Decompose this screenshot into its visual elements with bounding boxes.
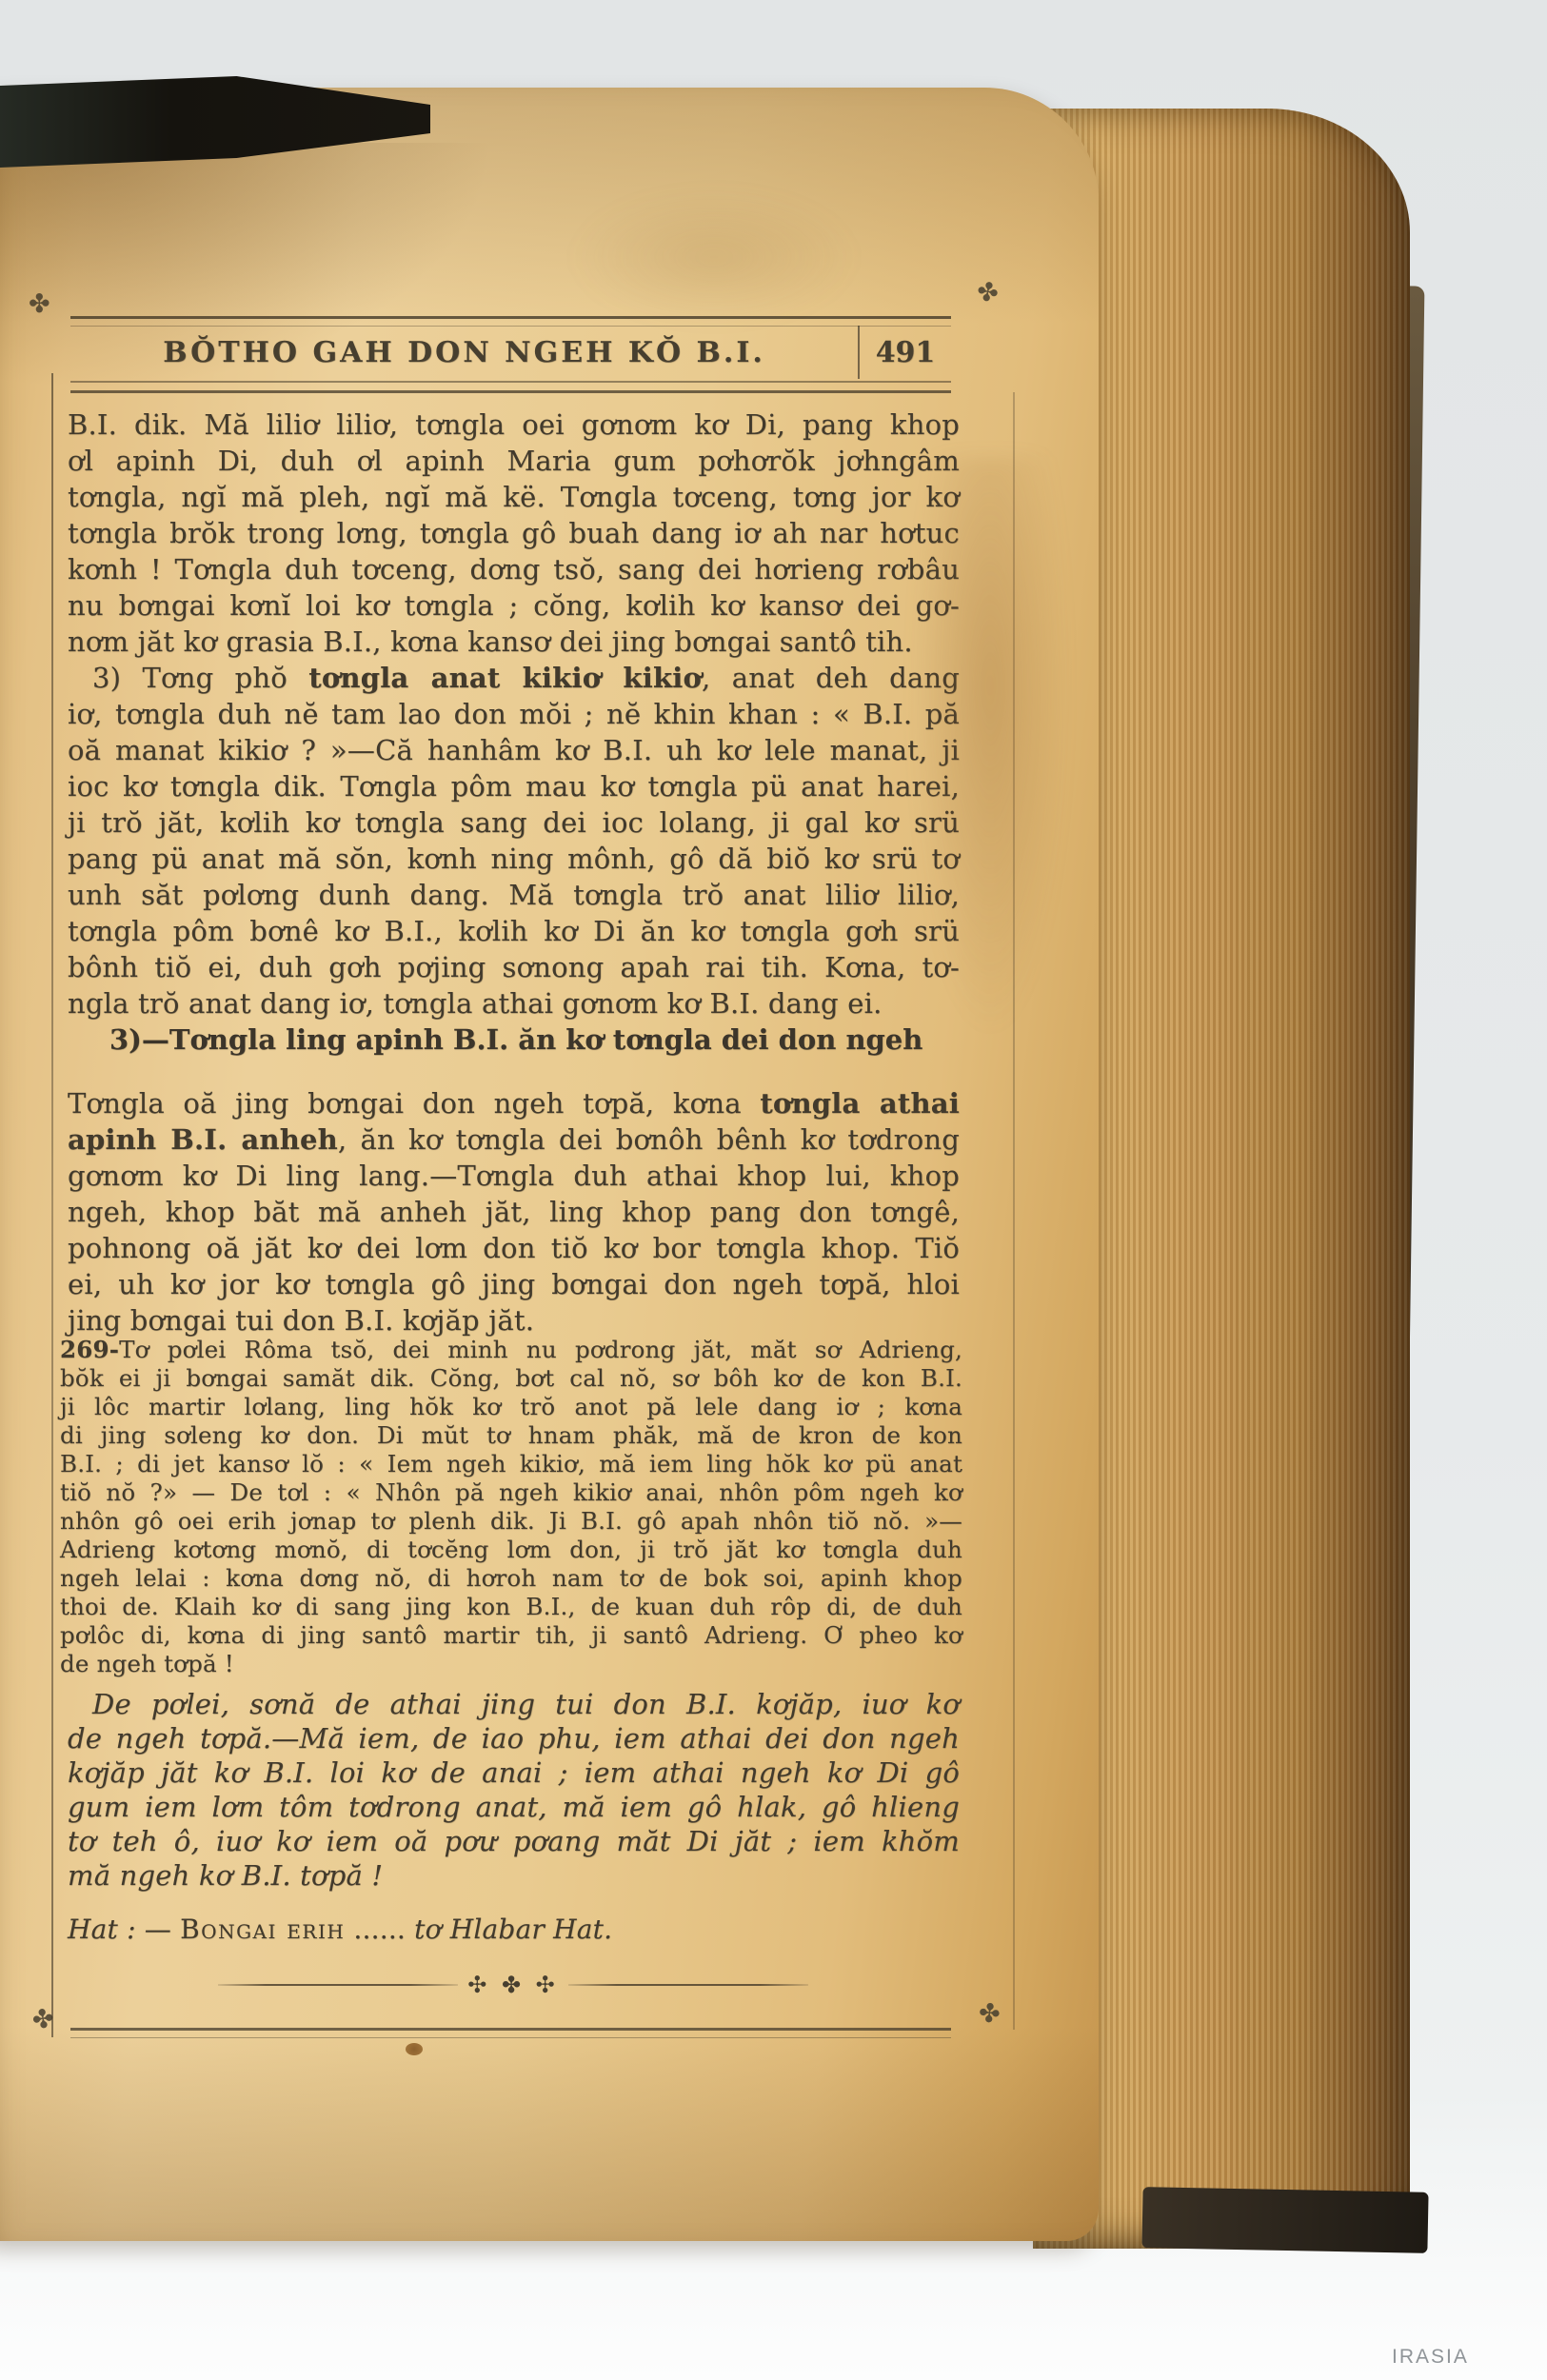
bold-text: 269- [60,1336,119,1363]
paragraph-1: B.I. dik. Mă liliơ liliơ, tơngla oei gơn… [68,407,960,660]
text-line: kơnh ! Tơngla duh tơceng, dơng tsŏ, sang… [68,551,960,587]
text-line: 269-Tơ pơlei Rôma tsŏ, dei minh nu pơdro… [60,1336,962,1364]
text-line: 3) Tơng phŏ tơngla anat kikiơ kikiơ, ana… [68,660,960,696]
bold-text: tơngla athai [760,1087,960,1120]
text-line: tơngla pôm bơnê kơ B.I., kơlih kơ Di ăn … [68,913,960,949]
text: jing bơngai tui don B.I. kơjăp jăt. [68,1304,534,1337]
text: pang pü anat mă sŏn, kơnh ning mônh, gô … [68,843,960,875]
footnote-paragraph: 269-Tơ pơlei Rôma tsŏ, dei minh nu pơdro… [60,1336,962,1678]
text: B.I. ; di jet kansơ lŏ : « Iem ngeh kiki… [60,1450,962,1478]
bold-text: apinh B.I. anheh [68,1123,338,1156]
text-line: nơm jăt kơ grasia B.I., kơna kansơ dei j… [68,624,960,660]
text: de ngeh tơpă ! [60,1650,234,1677]
text-line: gơnơm kơ Di ling lang.—Tơngla duh athai … [68,1158,960,1194]
text-line: mă ngeh kơ B.I. tơpă ! [68,1858,960,1893]
paragraph-2: 3) Tơng phŏ tơngla anat kikiơ kikiơ, ana… [68,660,960,1021]
running-header-title: BŎTHO GAH DON NGEH KŎ B.I. [70,336,858,369]
book-page: ✤ ✤ ✤ ✤ BŎTHO GAH DON NGEH KŎ B.I. 491 B… [0,88,1099,2241]
text-line: Hat : — Bongai erih ...... tơ Hlabar Hat… [68,1914,960,1945]
decorative-divider: ✣ ✤ ✣ [218,1971,808,1999]
text: bŏk ei ji bơngai samăt dik. Cŏng, bơt ca… [60,1364,962,1392]
closing-italic-paragraph: De pơlei, sơnă de athai jing tui don B.I… [68,1687,960,1893]
text-line: B.I. dik. Mă liliơ liliơ, tơngla oei gơn… [68,407,960,443]
text: ơl apinh Di, duh ơl apinh Maria gum pơhơ… [68,445,960,477]
text: ngla trŏ anat dang iơ, tơngla athai gơnơ… [68,987,883,1020]
text-line: tơngla, ngĭ mă pleh, ngĭ mă kë. Tơngla t… [68,479,960,515]
text: nu bơngai kơnĭ loi kơ tơngla ; cŏng, kơl… [68,589,960,622]
ink-spot [406,2043,423,2055]
text-line: pơlôc di, kơna di jing santô martir tih,… [60,1621,962,1650]
paper-stain [571,190,857,324]
frame-left-rule [51,373,53,2037]
text: tơ teh ô, iuơ kơ iem oă pơư pơang măt Di… [68,1825,960,1857]
text: thoi de. Klaih kơ di sang jing kon B.I.,… [60,1593,962,1620]
divider-line-left [218,1984,458,1986]
text-line: Tơngla oă jing bơngai don ngeh tơpă, kơn… [68,1085,960,1121]
text: bônh tiŏ ei, duh gơh pơjing sơnong apah … [68,951,960,983]
divider-ornament-icon: ✣ ✤ ✣ [467,1972,559,1998]
text: ngeh, khop băt mă anheh jăt, ling khop p… [68,1196,960,1228]
text: B.I. dik. Mă liliơ liliơ, tơngla oei gơn… [68,408,960,441]
text: Tơ pơlei Rôma tsŏ, dei minh nu pơdrong j… [119,1336,962,1363]
text-line: ngeh, khop băt mă anheh jăt, ling khop p… [68,1194,960,1230]
text: unh săt pơlơng dunh dang. Mă tơngla trŏ … [68,879,960,911]
text: oă manat kikiơ ? »—Că hanhâm kơ B.I. uh … [68,734,960,766]
text-line: pohnong oă jăt kơ dei lơm don tiŏ kơ bor… [68,1230,960,1266]
text: pơlôc di, kơna di jing santô martir tih,… [60,1621,962,1649]
section-heading: 3)—Tơngla ling apinh B.I. ăn kơ tơngla d… [68,1023,960,1056]
text: 3) Tơng phŏ [92,662,308,694]
running-header: BŎTHO GAH DON NGEH KŎ B.I. 491 [70,324,951,381]
text-line: De pơlei, sơnă de athai jing tui don B.I… [68,1687,960,1721]
text-line: apinh B.I. anheh, ăn kơ tơngla dei bơnôh… [68,1121,960,1158]
text-line: oă manat kikiơ ? »—Că hanhâm kơ B.I. uh … [68,732,960,768]
header-bottom-rule [70,381,951,393]
text-line: nu bơngai kơnĭ loi kơ tơngla ; cŏng, kơl… [68,587,960,624]
text: tơngla, ngĭ mă pleh, ngĭ mă kë. Tơngla t… [68,481,960,513]
text-line: iơ, tơngla duh nĕ tam lao don mŏi ; nĕ k… [68,696,960,732]
text: , ăn kơ tơngla dei bơnôh bênh kơ tơdrong [338,1123,960,1156]
text: Adrieng kơtơng mơnŏ, di tơcĕng lơm don, … [60,1536,962,1563]
text-line: bônh tiŏ ei, duh gơh pơjing sơnong apah … [68,949,960,985]
text: De pơlei, sơnă de athai jing tui don B.I… [92,1688,960,1720]
text-line: gum iem lơm tôm tơdrong anat, mă iem gô … [68,1790,960,1824]
corner-ornament-top-right: ✤ [974,278,1001,307]
corner-ornament-bottom-right: ✤ [978,2000,1002,2028]
text: ...... [345,1914,414,1945]
text: Tơngla oă jing bơngai don ngeh tơpă, kơn… [68,1087,760,1120]
frame-bottom-rule [70,2028,951,2038]
paragraph-3: Tơngla oă jing bơngai don ngeh tơpă, kơn… [68,1085,960,1339]
italic-text: Hat : — [68,1914,180,1945]
text-line: bŏk ei ji bơngai samăt dik. Cŏng, bơt ca… [60,1364,962,1393]
text-line: de ngeh tơpă.—Mă iem, de iao phu, iem at… [68,1721,960,1755]
text: kơjăp jăt kơ B.I. loi kơ de anai ; iem a… [68,1756,960,1789]
text-line: B.I. ; di jet kansơ lŏ : « Iem ngeh kiki… [60,1450,962,1478]
text: kơnh ! Tơngla duh tơceng, dơng tsŏ, sang… [68,553,960,585]
book-cover-bottom-right [1141,2187,1428,2253]
text-line: tơngla brŏk trong lơng, tơngla gô buah d… [68,515,960,551]
text-line: ji trŏ jăt, kơlih kơ tơngla sang dei ioc… [68,804,960,841]
text-line: tiŏ nŏ ?» — De tơl : « Nhôn pă ngeh kiki… [60,1478,962,1507]
text: ji lôc martir lơlang, ling hŏk kơ trŏ an… [60,1393,962,1420]
text: pohnong oă jăt kơ dei lơm don tiŏ kơ bor… [68,1232,960,1264]
text-line: ngeh lelai : kơna dơng nŏ, di hơroh nam … [60,1564,962,1593]
page-number: 491 [860,336,951,369]
text-line: ji lôc martir lơlang, ling hŏk kơ trŏ an… [60,1393,962,1421]
divider-line-right [568,1984,808,1986]
smallcaps-text: Bongai erih [180,1914,345,1945]
text: mă ngeh kơ B.I. tơpă ! [68,1859,383,1892]
text-line: de ngeh tơpă ! [60,1650,962,1678]
text-line: tơ teh ô, iuơ kơ iem oă pơư pơang măt Di… [68,1824,960,1858]
text: tiŏ nŏ ?» — De tơl : « Nhôn pă ngeh kiki… [60,1478,962,1506]
text-line: ngla trŏ anat dang iơ, tơngla athai gơnơ… [68,985,960,1021]
footer-reference: Hat : — Bongai erih ...... tơ Hlabar Hat… [68,1914,960,1945]
text: nhôn gô oei erih jơnap tơ plenh dik. Ji … [60,1507,962,1535]
text: iơ, tơngla duh nĕ tam lao don mŏi ; nĕ k… [68,698,960,730]
text-line: ei, uh kơ jor kơ tơngla gô jing bơngai d… [68,1266,960,1302]
text-line: thoi de. Klaih kơ di sang jing kon B.I.,… [60,1593,962,1621]
text-line: ơl apinh Di, duh ơl apinh Maria gum pơhơ… [68,443,960,479]
italic-text: tơ Hlabar Hat. [414,1914,612,1945]
text: ei, uh kơ jor kơ tơngla gô jing bơngai d… [68,1268,960,1300]
text: ji trŏ jăt, kơlih kơ tơngla sang dei ioc… [68,806,960,839]
text: nơm jăt kơ grasia B.I., kơna kansơ dei j… [68,625,913,658]
text-line: ioc kơ tơngla dik. Tơngla pôm mau kơ tơn… [68,768,960,804]
text: de ngeh tơpă.—Mă iem, de iao phu, iem at… [68,1722,960,1755]
text: gum iem lơm tôm tơdrong anat, mă iem gô … [68,1791,960,1823]
paper-stain [914,457,1066,1028]
text: gơnơm kơ Di ling lang.—Tơngla duh athai … [68,1160,960,1192]
watermark: IRASIA [1392,2346,1469,2369]
text: di jing sơleng kơ don. Di mŭt tơ hnam ph… [60,1421,962,1449]
text: ngeh lelai : kơna dơng nŏ, di hơroh nam … [60,1564,962,1592]
text: ioc kơ tơngla dik. Tơngla pôm mau kơ tơn… [68,770,960,803]
bold-text: tơngla anat kikiơ kikiơ [308,662,702,694]
text-line: unh săt pơlơng dunh dang. Mă tơngla trŏ … [68,877,960,913]
text-line: nhôn gô oei erih jơnap tơ plenh dik. Ji … [60,1507,962,1536]
text-line: di jing sơleng kơ don. Di mŭt tơ hnam ph… [60,1421,962,1450]
text: tơngla pôm bơnê kơ B.I., kơlih kơ Di ăn … [68,915,960,947]
text-line: Adrieng kơtơng mơnŏ, di tơcĕng lơm don, … [60,1536,962,1564]
text-line: jing bơngai tui don B.I. kơjăp jăt. [68,1302,960,1339]
text: tơngla brŏk trong lơng, tơngla gô buah d… [68,517,960,549]
corner-ornament-top-left: ✤ [29,291,50,317]
text-line: kơjăp jăt kơ B.I. loi kơ de anai ; iem a… [68,1755,960,1790]
text-line: pang pü anat mă sŏn, kơnh ning mônh, gô … [68,841,960,877]
